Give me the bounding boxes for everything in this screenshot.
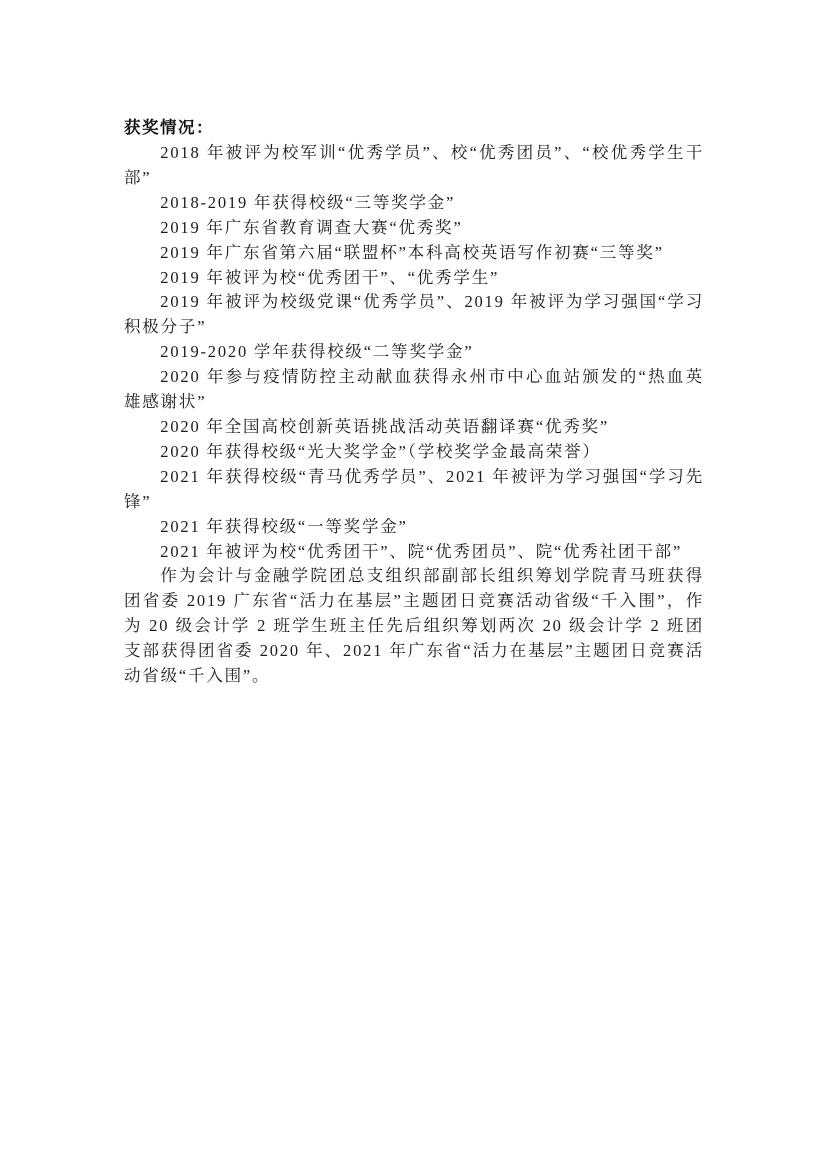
- award-paragraph: 2020 年参与疫情防控主动献血获得永州市中心血站颁发的“热血英雄感谢状”: [124, 365, 704, 415]
- award-paragraph: 2020 年全国高校创新英语挑战活动英语翻译赛“优秀奖”: [124, 415, 704, 440]
- award-paragraph: 2021 年获得校级“一等奖学金”: [124, 515, 704, 540]
- award-paragraph: 2021 年获得校级“青马优秀学员”、2021 年被评为学习强国“学习先锋”: [124, 465, 704, 515]
- award-paragraph: 2019 年广东省第六届“联盟杯”本科高校英语写作初赛“三等奖”: [124, 241, 704, 266]
- awards-list: 2018 年被评为校军训“优秀学员”、校“优秀团员”、“校优秀学生干部”2018…: [124, 141, 704, 689]
- award-paragraph: 2021 年被评为校“优秀团干”、院“优秀团员”、院“优秀社团干部”: [124, 540, 704, 565]
- award-paragraph: 2020 年获得校级“光大奖学金”（学校奖学金最高荣誉）: [124, 440, 704, 465]
- award-paragraph: 2018-2019 年获得校级“三等奖学金”: [124, 191, 704, 216]
- awards-section: 获奖情况： 2018 年被评为校军训“优秀学员”、校“优秀团员”、“校优秀学生干…: [124, 116, 704, 689]
- award-paragraph: 作为会计与金融学院团总支组织部副部长组织筹划学院青马班获得团省委 2019 广东…: [124, 564, 704, 689]
- award-paragraph: 2018 年被评为校军训“优秀学员”、校“优秀团员”、“校优秀学生干部”: [124, 141, 704, 191]
- document-page: 获奖情况： 2018 年被评为校军训“优秀学员”、校“优秀团员”、“校优秀学生干…: [0, 0, 827, 1169]
- section-heading: 获奖情况：: [124, 116, 704, 141]
- award-paragraph: 2019 年被评为校“优秀团干”、“优秀学生”: [124, 266, 704, 291]
- award-paragraph: 2019 年被评为校级党课“优秀学员”、2019 年被评为学习强国“学习积极分子…: [124, 290, 704, 340]
- award-paragraph: 2019-2020 学年获得校级“二等奖学金”: [124, 340, 704, 365]
- award-paragraph: 2019 年广东省教育调查大赛“优秀奖”: [124, 216, 704, 241]
